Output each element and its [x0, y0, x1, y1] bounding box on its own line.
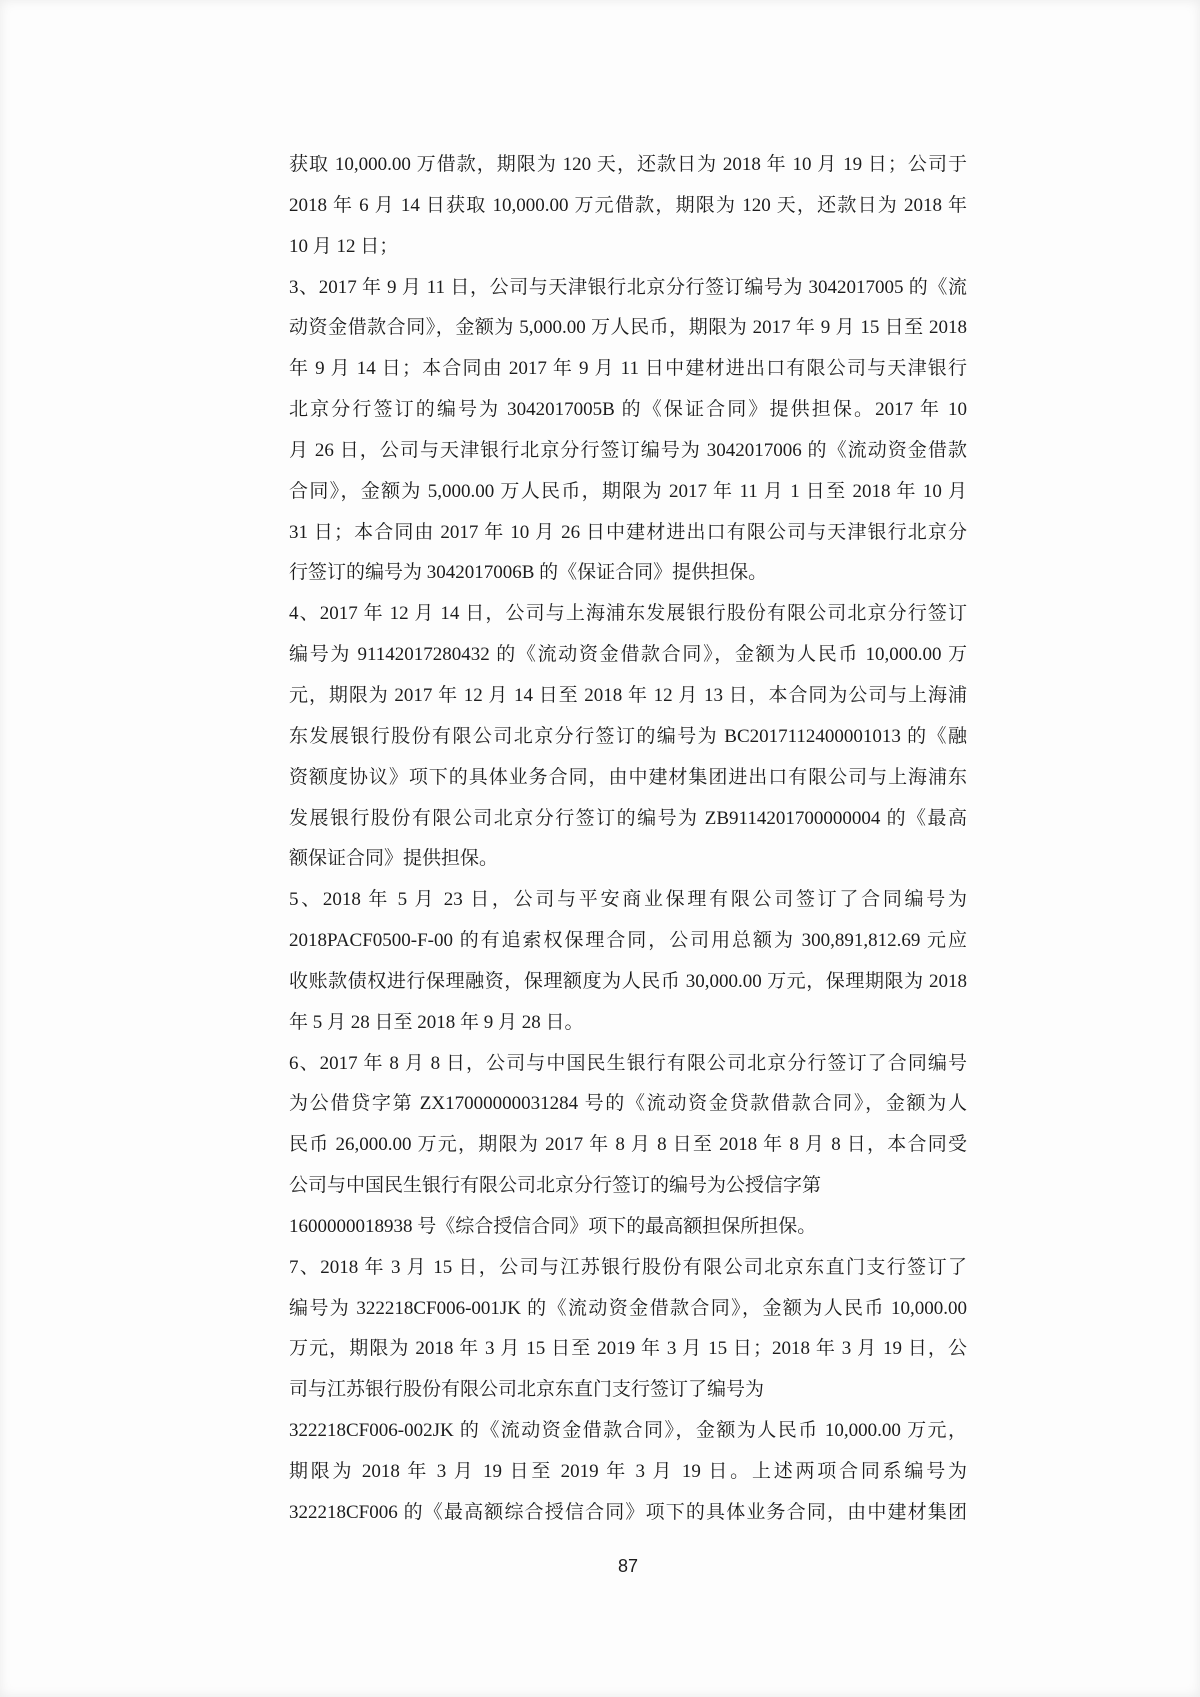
text-line: 7、2018 年 3 月 15 日，公司与江苏银行股份有限公司北京东直门支行签订… [289, 1248, 967, 1289]
text-line: 合同》，金额为 5,000.00 万人民币，期限为 2017 年 11 月 1 … [289, 472, 967, 513]
text-line: 万元，期限为 2018 年 3 月 15 日至 2019 年 3 月 15 日；… [289, 1329, 967, 1370]
text-line: 额保证合同》提供担保。 [289, 839, 967, 880]
text-line: 民币 26,000.00 万元，期限为 2017 年 8 月 8 日至 2018… [289, 1125, 967, 1166]
text-line: 编号为 322218CF006-001JK 的《流动资金借款合同》，金额为人民币… [289, 1289, 967, 1330]
text-line: 资额度协议》项下的具体业务合同，由中建材集团进出口有限公司与上海浦东 [289, 758, 967, 799]
text-line: 1600000018938 号《综合授信合同》项下的最高额担保所担保。 [289, 1207, 967, 1248]
text-line: 31 日；本合同由 2017 年 10 月 26 日中建材进出口有限公司与天津银… [289, 513, 967, 554]
text-line: 3、2017 年 9 月 11 日，公司与天津银行北京分行签订编号为 30420… [289, 268, 967, 309]
text-line: 东发展银行股份有限公司北京分行签订的编号为 BC2017112400001013… [289, 717, 967, 758]
text-line: 10 月 12 日； [289, 227, 967, 268]
text-line: 322218CF006-002JK 的《流动资金借款合同》，金额为人民币 10,… [289, 1411, 967, 1452]
document-text-block: 获取 10,000.00 万借款，期限为 120 天，还款日为 2018 年 1… [289, 145, 967, 1534]
text-line: 期限为 2018 年 3 月 19 日至 2019 年 3 月 19 日。上述两… [289, 1452, 967, 1493]
text-line: 发展银行股份有限公司北京分行签订的编号为 ZB9114201700000004 … [289, 799, 967, 840]
page-number-label: 87 [289, 1552, 967, 1580]
text-line: 为公借贷字第 ZX17000000031284 号的《流动资金贷款借款合同》，金… [289, 1084, 967, 1125]
text-line: 4、2017 年 12 月 14 日，公司与上海浦东发展银行股份有限公司北京分行… [289, 594, 967, 635]
text-line: 司与江苏银行股份有限公司北京东直门支行签订了编号为 [289, 1370, 967, 1411]
text-line: 322218CF006 的《最高额综合授信合同》项下的具体业务合同，由中建材集团 [289, 1493, 967, 1534]
text-line: 行签订的编号为 3042017006B 的《保证合同》提供担保。 [289, 553, 967, 594]
text-line: 2018 年 6 月 14 日获取 10,000.00 万元借款，期限为 120… [289, 186, 967, 227]
text-line: 月 26 日，公司与天津银行北京分行签订编号为 3042017006 的《流动资… [289, 431, 967, 472]
text-line: 年 5 月 28 日至 2018 年 9 月 28 日。 [289, 1003, 967, 1044]
text-line: 动资金借款合同》，金额为 5,000.00 万人民币，期限为 2017 年 9 … [289, 308, 967, 349]
document-page: 获取 10,000.00 万借款，期限为 120 天，还款日为 2018 年 1… [0, 0, 1200, 1697]
text-line: 获取 10,000.00 万借款，期限为 120 天，还款日为 2018 年 1… [289, 145, 967, 186]
text-line: 6、2017 年 8 月 8 日，公司与中国民生银行有限公司北京分行签订了合同编… [289, 1044, 967, 1085]
text-line: 5、2018 年 5 月 23 日，公司与平安商业保理有限公司签订了合同编号为 [289, 880, 967, 921]
text-line: 元，期限为 2017 年 12 月 14 日至 2018 年 12 月 13 日… [289, 676, 967, 717]
text-line: 公司与中国民生银行有限公司北京分行签订的编号为公授信字第 [289, 1166, 967, 1207]
text-line: 收账款债权进行保理融资，保理额度为人民币 30,000.00 万元，保理期限为 … [289, 962, 967, 1003]
text-line: 北京分行签订的编号为 3042017005B 的《保证合同》提供担保。2017 … [289, 390, 967, 431]
text-line: 编号为 91142017280432 的《流动资金借款合同》，金额为人民币 10… [289, 635, 967, 676]
text-line: 年 9 月 14 日；本合同由 2017 年 9 月 11 日中建材进出口有限公… [289, 349, 967, 390]
text-line: 2018PACF0500-F-00 的有追索权保理合同，公司用总额为 300,8… [289, 921, 967, 962]
